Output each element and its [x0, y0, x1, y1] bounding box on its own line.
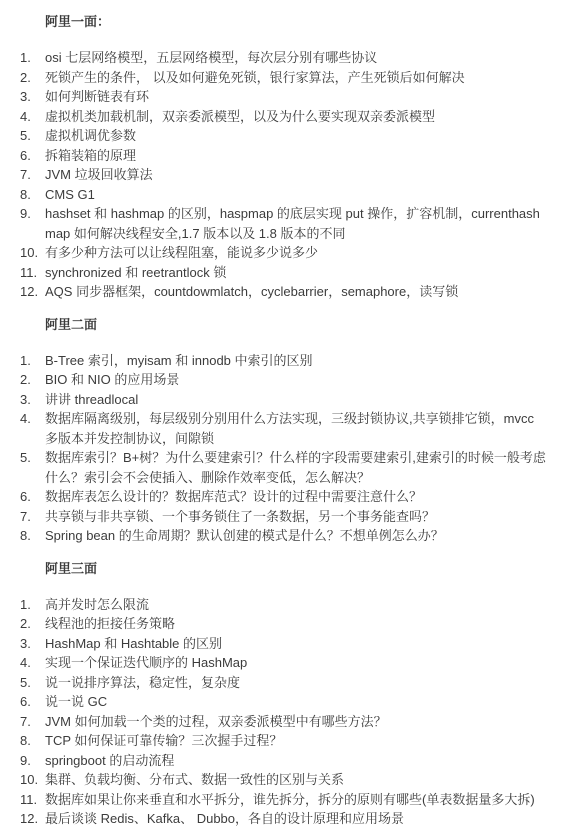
question-number: 7.: [20, 712, 45, 732]
question-text: TCP 如何保证可靠传输？三次握手过程？: [45, 731, 547, 751]
question-item: 11.数据库如果让你来垂直和水平拆分，谁先拆分，拆分的原则有哪些(单表数据量多大…: [20, 790, 547, 810]
question-item: 1.高并发时怎么限流: [20, 595, 547, 615]
question-number: 2.: [20, 370, 45, 390]
question-item: 7.共享锁与非共享锁、一个事务锁住了一条数据，另一个事务能查吗？: [20, 507, 547, 527]
question-number: 2.: [20, 68, 45, 88]
question-number: 11.: [20, 263, 45, 283]
question-item: 1.B-Tree 索引，myisam 和 innodb 中索引的区别: [20, 351, 547, 371]
section-round-1: 阿里一面： 1.osi 七层网络模型，五层网络模型，每次层分别有哪些协议2.死锁…: [20, 12, 547, 302]
question-item: 2.BIO 和 NIO 的应用场景: [20, 370, 547, 390]
question-number: 6.: [20, 487, 45, 507]
question-item: 10.集群、负载均衡、分布式、数据一致性的区别与关系: [20, 770, 547, 790]
question-text: JVM 如何加载一个类的过程，双亲委派模型中有哪些方法？: [45, 712, 547, 732]
question-number: 7.: [20, 165, 45, 185]
question-text: 虚拟机类加载机制，双亲委派模型，以及为什么要实现双亲委派模型: [45, 107, 547, 127]
question-text: HashMap 和 Hashtable 的区别: [45, 634, 547, 654]
question-text: 说一说排序算法，稳定性，复杂度: [45, 673, 547, 693]
question-number: 9.: [20, 751, 45, 771]
question-number: 5.: [20, 126, 45, 146]
section-round-3: 阿里三面 1.高并发时怎么限流2.线程池的拒接任务策略3.HashMap 和 H…: [20, 559, 547, 829]
question-text: 拆箱装箱的原理: [45, 146, 547, 166]
question-list-round-2: 1.B-Tree 索引，myisam 和 innodb 中索引的区别2.BIO …: [20, 351, 547, 546]
section-title-round-1: 阿里一面：: [45, 12, 547, 32]
question-number: 6.: [20, 146, 45, 166]
question-number: 3.: [20, 390, 45, 410]
interview-notes-document: 阿里一面： 1.osi 七层网络模型，五层网络模型，每次层分别有哪些协议2.死锁…: [0, 0, 567, 837]
question-item: 7.JVM 垃圾回收算法: [20, 165, 547, 185]
question-text: 线程池的拒接任务策略: [45, 614, 547, 634]
question-number: 2.: [20, 614, 45, 634]
question-number: 12.: [20, 282, 45, 302]
question-number: 7.: [20, 507, 45, 527]
question-list-round-3: 1.高并发时怎么限流2.线程池的拒接任务策略3.HashMap 和 Hashta…: [20, 595, 547, 829]
question-item: 3.如何判断链表有环: [20, 87, 547, 107]
question-text: BIO 和 NIO 的应用场景: [45, 370, 547, 390]
section-title-round-3: 阿里三面: [45, 559, 547, 579]
question-item: 5.虚拟机调优参数: [20, 126, 547, 146]
question-item: 3.讲讲 threadlocal: [20, 390, 547, 410]
question-item: 12.最后谈谈 Redis、Kafka、 Dubbo，各自的设计原理和应用场景: [20, 809, 547, 829]
question-item: 2.线程池的拒接任务策略: [20, 614, 547, 634]
question-number: 8.: [20, 526, 45, 546]
question-text: 集群、负载均衡、分布式、数据一致性的区别与关系: [45, 770, 547, 790]
question-text: B-Tree 索引，myisam 和 innodb 中索引的区别: [45, 351, 547, 371]
question-text: 实现一个保证迭代顺序的 HashMap: [45, 653, 547, 673]
question-item: 5.说一说排序算法，稳定性，复杂度: [20, 673, 547, 693]
section-title-round-2: 阿里二面: [45, 315, 547, 335]
section-round-2: 阿里二面 1.B-Tree 索引，myisam 和 innodb 中索引的区别2…: [20, 315, 547, 546]
question-item: 8.Spring bean 的生命周期？默认创建的模式是什么？不想单例怎么办？: [20, 526, 547, 546]
question-text: 有多少种方法可以让线程阻塞，能说多少说多少: [45, 243, 547, 263]
question-item: 5.数据库索引？B+树？为什么要建索引？什么样的字段需要建索引,建索引的时候一般…: [20, 448, 547, 487]
question-number: 5.: [20, 448, 45, 468]
question-text: osi 七层网络模型，五层网络模型，每次层分别有哪些协议: [45, 48, 547, 68]
question-item: 9.hashset 和 hashmap 的区别，haspmap 的底层实现 pu…: [20, 204, 547, 243]
question-number: 8.: [20, 185, 45, 205]
question-item: 7.JVM 如何加载一个类的过程，双亲委派模型中有哪些方法？: [20, 712, 547, 732]
question-text: springboot 的启动流程: [45, 751, 547, 771]
question-item: 12.AQS 同步器框架，countdowmlatch，cyclebarrier…: [20, 282, 547, 302]
question-item: 6.数据库表怎么设计的？数据库范式？设计的过程中需要注意什么？: [20, 487, 547, 507]
question-item: 4.虚拟机类加载机制，双亲委派模型，以及为什么要实现双亲委派模型: [20, 107, 547, 127]
question-number: 11.: [20, 790, 45, 810]
question-item: 1.osi 七层网络模型，五层网络模型，每次层分别有哪些协议: [20, 48, 547, 68]
question-number: 1.: [20, 595, 45, 615]
question-text: synchronized 和 reetrantlock 锁: [45, 263, 547, 283]
document-page: { "page": { "background": "#ffffff", "te…: [0, 0, 567, 837]
question-list-round-1: 1.osi 七层网络模型，五层网络模型，每次层分别有哪些协议2.死锁产生的条件，…: [20, 48, 547, 302]
question-number: 5.: [20, 673, 45, 693]
question-text: 数据库索引？B+树？为什么要建索引？什么样的字段需要建索引,建索引的时候一般考虑…: [45, 448, 547, 487]
question-text: hashset 和 hashmap 的区别，haspmap 的底层实现 put …: [45, 204, 547, 243]
question-number: 10.: [20, 770, 45, 790]
question-text: AQS 同步器框架，countdowmlatch，cyclebarrier，se…: [45, 282, 547, 302]
question-text: 数据库如果让你来垂直和水平拆分，谁先拆分，拆分的原则有哪些(单表数据量多大拆): [45, 790, 547, 810]
question-item: 6.拆箱装箱的原理: [20, 146, 547, 166]
question-text: 数据库表怎么设计的？数据库范式？设计的过程中需要注意什么？: [45, 487, 547, 507]
question-item: 8.CMS G1: [20, 185, 547, 205]
question-text: 虚拟机调优参数: [45, 126, 547, 146]
question-text: 共享锁与非共享锁、一个事务锁住了一条数据，另一个事务能查吗？: [45, 507, 547, 527]
question-text: 高并发时怎么限流: [45, 595, 547, 615]
question-text: Spring bean 的生命周期？默认创建的模式是什么？不想单例怎么办？: [45, 526, 547, 546]
question-item: 10.有多少种方法可以让线程阻塞，能说多少说多少: [20, 243, 547, 263]
question-item: 8.TCP 如何保证可靠传输？三次握手过程？: [20, 731, 547, 751]
question-item: 4.数据库隔离级别，每层级别分别用什么方法实现，三级封锁协议,共享锁排它锁，mv…: [20, 409, 547, 448]
question-number: 12.: [20, 809, 45, 829]
question-item: 4.实现一个保证迭代顺序的 HashMap: [20, 653, 547, 673]
question-text: 数据库隔离级别，每层级别分别用什么方法实现，三级封锁协议,共享锁排它锁，mvcc…: [45, 409, 547, 448]
question-text: CMS G1: [45, 185, 547, 205]
question-text: 如何判断链表有环: [45, 87, 547, 107]
question-number: 4.: [20, 653, 45, 673]
question-number: 1.: [20, 351, 45, 371]
question-number: 6.: [20, 692, 45, 712]
question-number: 1.: [20, 48, 45, 68]
question-item: 2.死锁产生的条件， 以及如何避免死锁，银行家算法，产生死锁后如何解决: [20, 68, 547, 88]
question-text: 讲讲 threadlocal: [45, 390, 547, 410]
question-text: JVM 垃圾回收算法: [45, 165, 547, 185]
question-item: 3.HashMap 和 Hashtable 的区别: [20, 634, 547, 654]
question-text: 说一说 GC: [45, 692, 547, 712]
question-item: 6.说一说 GC: [20, 692, 547, 712]
question-number: 4.: [20, 107, 45, 127]
question-number: 3.: [20, 634, 45, 654]
question-number: 9.: [20, 204, 45, 224]
question-item: 11.synchronized 和 reetrantlock 锁: [20, 263, 547, 283]
question-number: 8.: [20, 731, 45, 751]
question-number: 3.: [20, 87, 45, 107]
question-item: 9.springboot 的启动流程: [20, 751, 547, 771]
question-text: 死锁产生的条件， 以及如何避免死锁，银行家算法，产生死锁后如何解决: [45, 68, 547, 88]
question-number: 10.: [20, 243, 45, 263]
question-text: 最后谈谈 Redis、Kafka、 Dubbo，各自的设计原理和应用场景: [45, 809, 547, 829]
question-number: 4.: [20, 409, 45, 429]
